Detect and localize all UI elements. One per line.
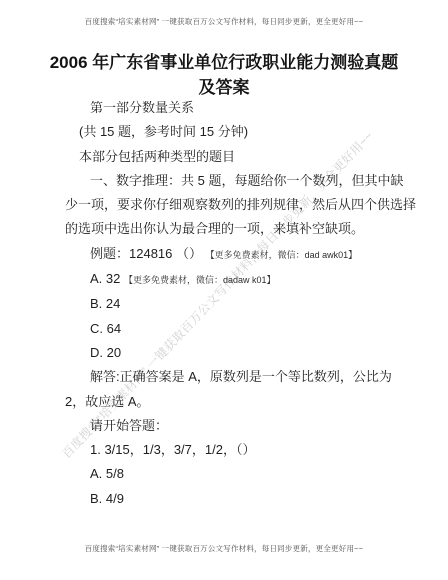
example-option-d: D. 20: [65, 341, 400, 365]
example-stem-line: 例题：124816 （） 【更多免费素材，微信：dad awk01】: [65, 242, 400, 267]
example-option-c: C. 64: [65, 317, 400, 341]
instruction-line-1: 一、数字推理：共 5 题，每题给你一个数列，但其中缺: [65, 169, 400, 193]
example-watermark-note: 【更多免费素材，微信：dad awk01】: [206, 250, 358, 260]
document-page: 百度搜索“培实素材网” 一键获取百万公文写作材料，每日同步更新，更全更好用~~ …: [0, 0, 448, 580]
question-1-option-b: B. 4/9: [65, 487, 400, 511]
question-1-option-a: A. 5/8: [65, 462, 400, 486]
time-note: (共 15 题，参考时间 15 分钟): [65, 120, 400, 144]
example-stem: 例题：124816 （）: [90, 246, 202, 261]
begin-prompt: 请开始答题：: [65, 414, 400, 438]
example-option-a-note: 【更多免费素材，微信：dadaw k01】: [124, 275, 276, 285]
example-option-a-label: A. 32: [90, 271, 120, 286]
instruction-line-2: 少一项，要求你仔细观察数列的排列规律，然后从四个供选择: [65, 193, 400, 217]
explanation-line-2: 2，故应选 A。: [65, 390, 400, 414]
promo-note-bottom: 百度搜索“培实素材网” 一键获取百万公文写作材料，每日同步更新，更全更好用~~: [0, 543, 448, 554]
document-body: 第一部分数量关系 (共 15 题，参考时间 15 分钟) 本部分包括两种类型的题…: [65, 96, 400, 511]
example-option-b: B. 24: [65, 292, 400, 316]
section-heading: 第一部分数量关系: [65, 96, 400, 120]
page-title: 2006 年广东省事业单位行政职业能力测验真题 及答案: [40, 50, 408, 100]
explanation-line-1: 解答:正确答案是 A，原数列是一个等比数列，公比为: [65, 365, 400, 389]
example-option-a: A. 32 【更多免费素材，微信：dadaw k01】: [65, 267, 400, 292]
page-title-line-1: 2006 年广东省事业单位行政职业能力测验真题: [40, 50, 408, 75]
intro-line: 本部分包括两种类型的题目: [65, 145, 400, 169]
instruction-line-3: 的选项中选出你认为最合理的一项，来填补空缺项。: [65, 217, 400, 241]
question-1-stem: 1. 3/15，1/3，3/7，1/2，（）: [65, 438, 400, 462]
promo-note-top: 百度搜索“培实素材网” 一键获取百万公文写作材料，每日同步更新，更全更好用~~: [0, 16, 448, 27]
